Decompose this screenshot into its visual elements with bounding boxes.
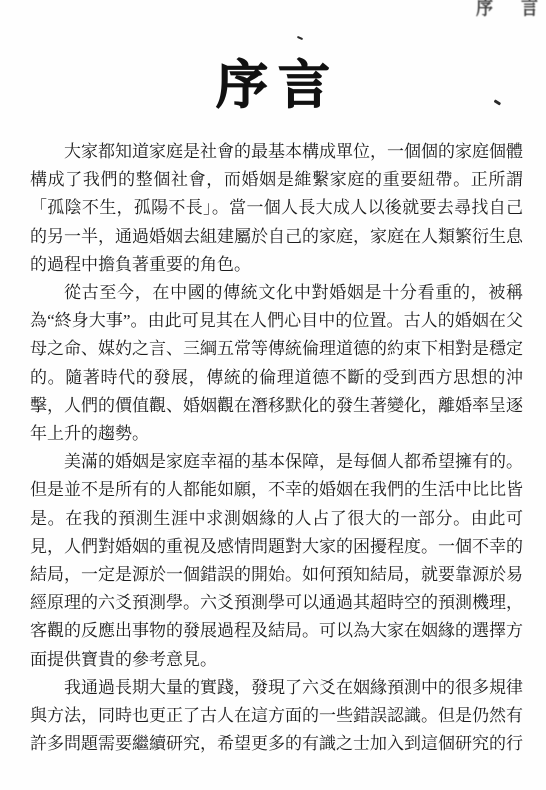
- preface-body: 大家都知道家庭是社會的最基本構成單位，一個個的家庭個體構成了我們的整個社會，而婚…: [30, 138, 523, 758]
- body-paragraph-2: 從古至今，在中國的傳統文化中對婚姻是十分看重的，被稱為“終身大事”。由此可見其在…: [30, 279, 523, 448]
- header-bleedthrough: 序 言: [476, 0, 540, 20]
- body-paragraph-4: 我通過長期大量的實踐，發現了六爻在姻緣預測中的很多規律與方法，同時也更正了古人在…: [30, 674, 523, 759]
- body-paragraph-1: 大家都知道家庭是社會的最基本構成單位，一個個的家庭個體構成了我們的整個社會，而婚…: [30, 138, 523, 279]
- book-page: 序 言 序言 大家都知道家庭是社會的最基本構成單位，一個個的家庭個體構成了我們的…: [0, 0, 546, 790]
- body-paragraph-3: 美滿的婚姻是家庭幸福的基本保障，是每個人都希望擁有的。但是並不是所有的人都能如願…: [30, 448, 523, 674]
- bleed-char-yan: 言: [521, 0, 540, 20]
- page-title: 序言: [0, 58, 546, 116]
- bleed-char-xu: 序: [476, 0, 495, 20]
- ink-speck: [297, 36, 303, 40]
